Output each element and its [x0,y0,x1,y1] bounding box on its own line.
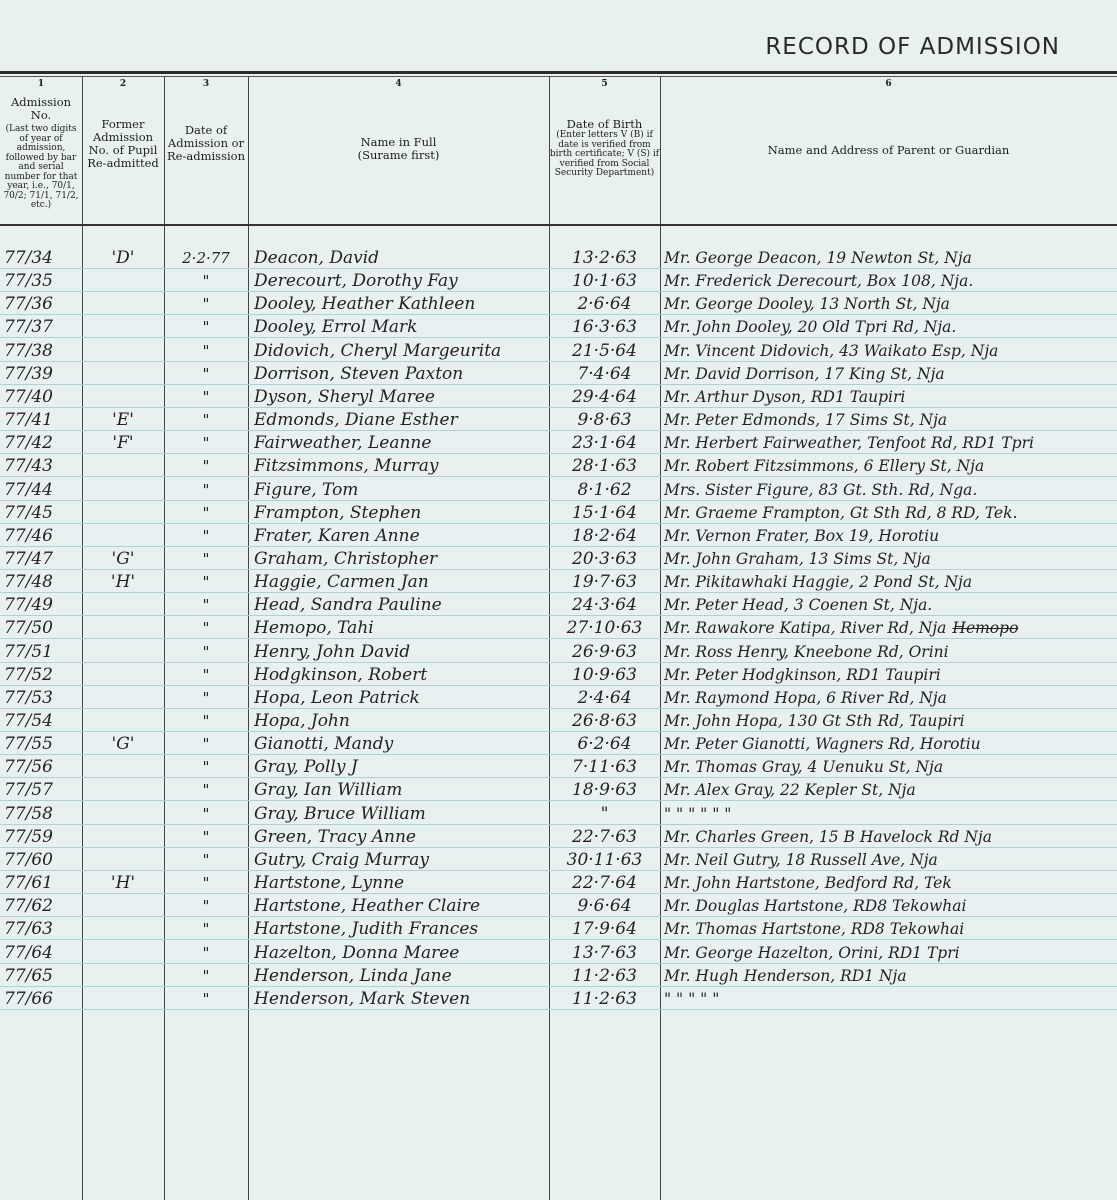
date-of-birth: 19·7·63 [552,571,657,593]
pupil-name: Henry, John David [254,641,548,663]
admission-number: 77/60 [4,849,80,871]
date-of-birth: 11·2·63 [552,965,657,987]
page-title: RECORD OF ADMISSION [740,34,1060,60]
date-of-admission: " [166,340,246,362]
parent-guardian: Mr. John Hartstone, Bedford Rd, Tek [664,872,1114,894]
pupil-name: Hemopo, Tahi [254,617,548,639]
parent-guardian: Mr. David Dorrison, 17 King St, Nja [664,363,1114,385]
former-admission-number: 'H' [84,571,162,593]
parent-guardian: Mr. Thomas Hartstone, RD8 Tekowhai [664,918,1114,940]
pupil-name: Fairweather, Leanne [254,432,548,454]
column-header-name-in-full: 4 Name in Full (Surame first) [248,78,549,223]
table-row: 77/65"Henderson, Linda Jane11·2·63Mr. Hu… [0,964,1117,987]
pupil-name: Dooley, Heather Kathleen [254,293,548,315]
parent-guardian: Mr. Vincent Didovich, 43 Waikato Esp, Nj… [664,340,1114,362]
pupil-name: Henderson, Linda Jane [254,965,548,987]
pupil-name: Henderson, Mark Steven [254,988,548,1010]
column-header-parent-guardian: 6 Name and Address of Parent or Guardian [660,78,1117,223]
column-header-date-of-admission: 3 Date of Admission or Re-admission [164,78,248,223]
date-of-birth: 24·3·64 [552,594,657,616]
parent-guardian: Mrs. Sister Figure, 83 Gt. Sth. Rd, Nga. [664,479,1114,501]
date-of-birth: 9·8·63 [552,409,657,431]
table-row: 77/63"Hartstone, Judith Frances17·9·64Mr… [0,917,1117,940]
former-admission-number: 'H' [84,872,162,894]
parent-guardian: Mr. George Deacon, 19 Newton St, Nja [664,247,1114,269]
pupil-name: Hazelton, Donna Maree [254,942,548,964]
parent-guardian: Mr. Neil Gutry, 18 Russell Ave, Nja [664,849,1114,871]
pupil-name: Dyson, Sheryl Maree [254,386,548,408]
date-of-birth: " [552,803,657,825]
admission-number: 77/55 [4,733,80,755]
date-of-birth: 29·4·64 [552,386,657,408]
admission-number: 77/42 [4,432,80,454]
pupil-name: Gray, Ian William [254,779,548,801]
pupil-name: Dorrison, Steven Paxton [254,363,548,385]
date-of-birth: 21·5·64 [552,340,657,362]
table-row: 77/46"Frater, Karen Anne18·2·64Mr. Verno… [0,524,1117,547]
parent-guardian: Mr. John Hopa, 130 Gt Sth Rd, Taupiri [664,710,1114,732]
admission-number: 77/63 [4,918,80,940]
pupil-name: Derecourt, Dorothy Fay [254,270,548,292]
parent-guardian: Mr. Graeme Frampton, Gt Sth Rd, 8 RD, Te… [664,502,1114,524]
admission-number: 77/47 [4,548,80,570]
top-rule-thin [0,76,1117,77]
table-row: 77/58"Gray, Bruce William"" " " " " " [0,802,1117,825]
parent-guardian: Mr. Charles Green, 15 B Havelock Rd Nja [664,826,1114,848]
pupil-name: Gutry, Craig Murray [254,849,548,871]
parent-guardian: Mr. Rawakore Katipa, River Rd, NjaHemopo [664,617,1114,639]
date-of-birth: 17·9·64 [552,918,657,940]
date-of-admission: " [166,525,246,547]
date-of-admission: " [166,386,246,408]
parent-guardian: Mr. John Dooley, 20 Old Tpri Rd, Nja. [664,316,1114,338]
date-of-admission: " [166,479,246,501]
pupil-name: Hartstone, Heather Claire [254,895,548,917]
pupil-name: Figure, Tom [254,479,548,501]
date-of-birth: 22·7·63 [552,826,657,848]
date-of-birth: 10·9·63 [552,664,657,686]
table-row: 77/37"Dooley, Errol Mark16·3·63Mr. John … [0,315,1117,338]
date-of-admission: " [166,965,246,987]
date-of-admission: " [166,895,246,917]
date-of-admission: " [166,687,246,709]
table-row: 77/43"Fitzsimmons, Murray28·1·63Mr. Robe… [0,454,1117,477]
date-of-admission: " [166,710,246,732]
date-of-admission: " [166,641,246,663]
table-row: 77/56"Gray, Polly J7·11·63Mr. Thomas Gra… [0,755,1117,778]
parent-guardian: Mr. George Hazelton, Orini, RD1 Tpri [664,942,1114,964]
table-row: 77/50"Hemopo, Tahi27·10·63Mr. Rawakore K… [0,616,1117,639]
date-of-birth: 13·2·63 [552,247,657,269]
parent-guardian: Mr. Robert Fitzsimmons, 6 Ellery St, Nja [664,455,1114,477]
admission-number: 77/39 [4,363,80,385]
top-rule [0,71,1117,74]
date-of-admission: " [166,872,246,894]
date-of-admission: " [166,988,246,1010]
table-row: 77/40"Dyson, Sheryl Maree29·4·64Mr. Arth… [0,385,1117,408]
pupil-name: Frampton, Stephen [254,502,548,524]
parent-guardian: Mr. Hugh Henderson, RD1 Nja [664,965,1114,987]
admission-number: 77/48 [4,571,80,593]
parent-text: Mr. Rawakore Katipa, River Rd, Nja [664,619,946,637]
admission-number: 77/34 [4,247,80,269]
admission-number: 77/37 [4,316,80,338]
admission-number: 77/53 [4,687,80,709]
admission-number: 77/58 [4,803,80,825]
pupil-name: Gianotti, Mandy [254,733,548,755]
table-row: 77/61'H'"Hartstone, Lynne22·7·64Mr. John… [0,871,1117,894]
parent-guardian: " " " " " " [664,803,1114,825]
date-of-birth: 23·1·64 [552,432,657,454]
admission-number: 77/36 [4,293,80,315]
date-of-admission: " [166,316,246,338]
table-row: 77/35"Derecourt, Dorothy Fay10·1·63Mr. F… [0,269,1117,292]
date-of-birth: 22·7·64 [552,872,657,894]
date-of-admission: " [166,756,246,778]
parent-guardian: " " " " " [664,988,1114,1010]
table-row: 77/57"Gray, Ian William18·9·63Mr. Alex G… [0,778,1117,801]
pupil-name: Gray, Bruce William [254,803,548,825]
table-row: 77/48'H'"Haggie, Carmen Jan19·7·63Mr. Pi… [0,570,1117,593]
former-admission-number: 'G' [84,733,162,755]
table-row: 77/53"Hopa, Leon Patrick2·4·64Mr. Raymon… [0,686,1117,709]
parent-guardian: Mr. Peter Hodgkinson, RD1 Taupiri [664,664,1114,686]
table-row: 77/42'F'"Fairweather, Leanne23·1·64Mr. H… [0,431,1117,454]
admission-number: 77/52 [4,664,80,686]
pupil-name: Hodgkinson, Robert [254,664,548,686]
admission-number: 77/46 [4,525,80,547]
parent-guardian: Mr. Peter Gianotti, Wagners Rd, Horotiu [664,733,1114,755]
admission-number: 77/64 [4,942,80,964]
admission-number: 77/57 [4,779,80,801]
former-admission-number: 'G' [84,548,162,570]
date-of-admission: " [166,918,246,940]
parent-guardian: Mr. Raymond Hopa, 6 River Rd, Nja [664,687,1114,709]
table-row: 77/34'D'2·2·77Deacon, David13·2·63Mr. Ge… [0,246,1117,269]
admission-number: 77/66 [4,988,80,1010]
date-of-admission: " [166,617,246,639]
date-of-admission: " [166,942,246,964]
column-header-admission-no: 1 Admission No. (Last two digits of year… [0,78,82,223]
date-of-admission: " [166,432,246,454]
pupil-name: Hopa, John [254,710,548,732]
parent-guardian: Mr. Alex Gray, 22 Kepler St, Nja [664,779,1114,801]
date-of-birth: 27·10·63 [552,617,657,639]
date-of-birth: 7·11·63 [552,756,657,778]
date-of-birth: 13·7·63 [552,942,657,964]
parent-guardian: Mr. Frederick Derecourt, Box 108, Nja. [664,270,1114,292]
date-of-birth: 28·1·63 [552,455,657,477]
admission-number: 77/54 [4,710,80,732]
pupil-name: Edmonds, Diane Esther [254,409,548,431]
table-row: 77/47'G'"Graham, Christopher20·3·63Mr. J… [0,547,1117,570]
table-row: 77/66"Henderson, Mark Steven11·2·63" " "… [0,987,1117,1010]
pupil-name: Deacon, David [254,247,548,269]
pupil-name: Hartstone, Lynne [254,872,548,894]
pupil-name: Graham, Christopher [254,548,548,570]
table-row: 77/36"Dooley, Heather Kathleen2·6·64Mr. … [0,292,1117,315]
table-row: 77/64"Hazelton, Donna Maree13·7·63Mr. Ge… [0,941,1117,964]
column-header-date-of-birth: 5 Date of Birth (Enter letters V (B) if … [549,78,660,223]
admission-number: 77/43 [4,455,80,477]
date-of-admission: " [166,571,246,593]
date-of-admission: " [166,594,246,616]
date-of-birth: 15·1·64 [552,502,657,524]
parent-guardian: Mr. Peter Edmonds, 17 Sims St, Nja [664,409,1114,431]
date-of-admission: " [166,293,246,315]
date-of-birth: 20·3·63 [552,548,657,570]
date-of-birth: 11·2·63 [552,988,657,1010]
admission-number: 77/41 [4,409,80,431]
pupil-name: Frater, Karen Anne [254,525,548,547]
table-row: 77/60"Gutry, Craig Murray30·11·63Mr. Nei… [0,848,1117,871]
pupil-name: Hartstone, Judith Frances [254,918,548,940]
date-of-admission: " [166,826,246,848]
former-admission-number: 'D' [84,247,162,269]
date-of-admission: " [166,849,246,871]
date-of-birth: 6·2·64 [552,733,657,755]
pupil-name: Head, Sandra Pauline [254,594,548,616]
table-row: 77/44"Figure, Tom8·1·62Mrs. Sister Figur… [0,478,1117,501]
parent-guardian: Mr. Thomas Gray, 4 Uenuku St, Nja [664,756,1114,778]
admission-number: 77/45 [4,502,80,524]
admission-number: 77/61 [4,872,80,894]
table-row: 77/39"Dorrison, Steven Paxton7·4·64Mr. D… [0,362,1117,385]
date-of-birth: 9·6·64 [552,895,657,917]
former-admission-number: 'F' [84,432,162,454]
admission-number: 77/59 [4,826,80,848]
pupil-name: Dooley, Errol Mark [254,316,548,338]
admission-number: 77/40 [4,386,80,408]
admission-number: 77/62 [4,895,80,917]
date-of-birth: 10·1·63 [552,270,657,292]
former-admission-number: 'E' [84,409,162,431]
date-of-admission: " [166,363,246,385]
admission-number: 77/49 [4,594,80,616]
parent-guardian: Mr. Arthur Dyson, RD1 Taupiri [664,386,1114,408]
struck-text: Hemopo [952,619,1018,637]
date-of-admission: " [166,664,246,686]
date-of-birth: 18·2·64 [552,525,657,547]
admission-number: 77/50 [4,617,80,639]
table-row: 77/54"Hopa, John26·8·63Mr. John Hopa, 13… [0,709,1117,732]
date-of-admission: " [166,548,246,570]
pupil-name: Hopa, Leon Patrick [254,687,548,709]
table-row: 77/49"Head, Sandra Pauline24·3·64Mr. Pet… [0,593,1117,616]
parent-guardian: Mr. Douglas Hartstone, RD8 Tekowhai [664,895,1114,917]
date-of-admission: " [166,803,246,825]
table-row: 77/59"Green, Tracy Anne22·7·63Mr. Charle… [0,825,1117,848]
parent-guardian: Mr. Ross Henry, Kneebone Rd, Orini [664,641,1114,663]
date-of-admission: " [166,779,246,801]
pupil-name: Haggie, Carmen Jan [254,571,548,593]
admission-number: 77/38 [4,340,80,362]
parent-guardian: Mr. Peter Head, 3 Coenen St, Nja. [664,594,1114,616]
parent-guardian: Mr. Pikitawhaki Haggie, 2 Pond St, Nja [664,571,1114,593]
header-bottom-rule [0,224,1117,226]
column-header-former-admission: 2 Former Admission No. of Pupil Re-admit… [82,78,164,223]
admission-number: 77/56 [4,756,80,778]
date-of-birth: 30·11·63 [552,849,657,871]
table-row: 77/51"Henry, John David26·9·63Mr. Ross H… [0,640,1117,663]
table-row: 77/55'G'"Gianotti, Mandy6·2·64Mr. Peter … [0,732,1117,755]
admission-number: 77/44 [4,479,80,501]
pupil-name: Didovich, Cheryl Margeurita [254,340,548,362]
date-of-birth: 26·8·63 [552,710,657,732]
table-row: 77/62"Hartstone, Heather Claire9·6·64Mr.… [0,894,1117,917]
date-of-birth: 26·9·63 [552,641,657,663]
date-of-birth: 16·3·63 [552,316,657,338]
parent-guardian: Mr. Herbert Fairweather, Tenfoot Rd, RD1… [664,432,1114,454]
date-of-birth: 8·1·62 [552,479,657,501]
admission-number: 77/51 [4,641,80,663]
admission-number: 77/35 [4,270,80,292]
admission-number: 77/65 [4,965,80,987]
parent-guardian: Mr. George Dooley, 13 North St, Nja [664,293,1114,315]
parent-guardian: Mr. Vernon Frater, Box 19, Horotiu [664,525,1114,547]
date-of-birth: 18·9·63 [552,779,657,801]
date-of-admission: " [166,455,246,477]
date-of-admission: 2·2·77 [166,247,246,269]
parent-guardian: Mr. John Graham, 13 Sims St, Nja [664,548,1114,570]
pupil-name: Gray, Polly J [254,756,548,778]
table-row: 77/52"Hodgkinson, Robert10·9·63Mr. Peter… [0,663,1117,686]
pupil-name: Fitzsimmons, Murray [254,455,548,477]
date-of-birth: 7·4·64 [552,363,657,385]
date-of-birth: 2·4·64 [552,687,657,709]
table-row: 77/41'E'"Edmonds, Diane Esther9·8·63Mr. … [0,408,1117,431]
table-row: 77/45"Frampton, Stephen15·1·64Mr. Graeme… [0,501,1117,524]
date-of-admission: " [166,502,246,524]
pupil-name: Green, Tracy Anne [254,826,548,848]
table-row: 77/38"Didovich, Cheryl Margeurita21·5·64… [0,339,1117,362]
date-of-birth: 2·6·64 [552,293,657,315]
date-of-admission: " [166,733,246,755]
date-of-admission: " [166,409,246,431]
date-of-admission: " [166,270,246,292]
